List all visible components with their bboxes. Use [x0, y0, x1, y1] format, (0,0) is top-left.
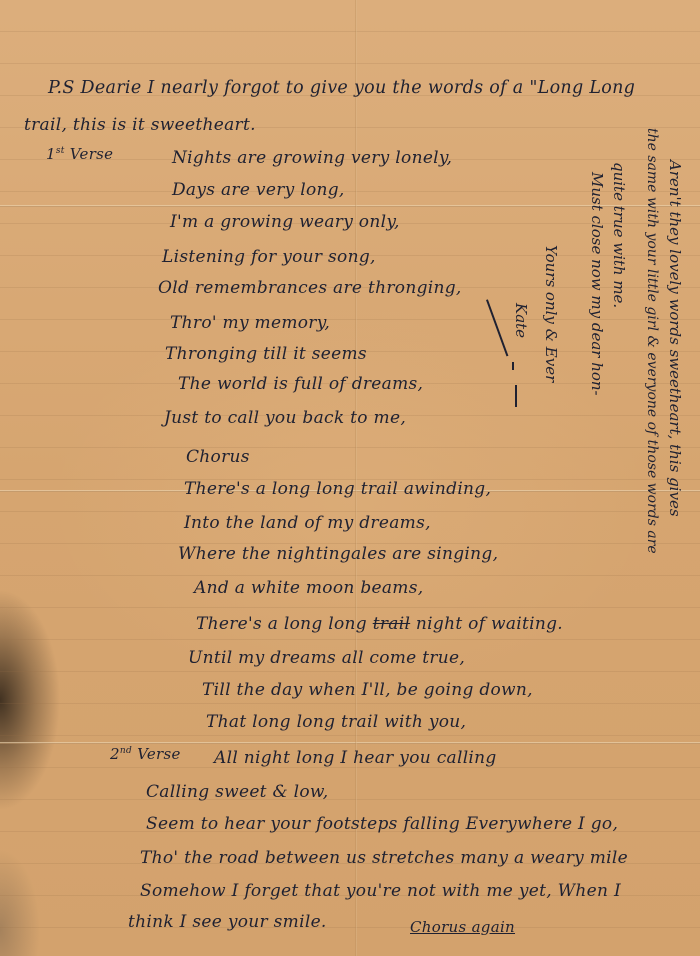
- margin-note-line: Aren't they lovely words sweetheart, thi…: [666, 160, 684, 517]
- margin-note-line: the same with your little girl & everyon…: [644, 128, 660, 554]
- verse1-line: Thronging till it seems: [165, 344, 367, 364]
- verse1-line: Days are very long,: [172, 180, 345, 200]
- signature-flourish: [515, 385, 517, 407]
- fold-crease: [0, 742, 700, 744]
- margin-note-signoff: Yours only & Ever: [542, 245, 560, 382]
- chorus-line-text: night of waiting.: [416, 614, 563, 634]
- verse1-line: Just to call you back to me,: [164, 408, 406, 428]
- margin-note-signature: Kate: [512, 303, 530, 338]
- verse1-line: Thro' my memory,: [170, 313, 330, 333]
- signature-flourish: [486, 299, 508, 356]
- verse1-line: The world is full of dreams,: [178, 374, 423, 394]
- verse1-label-num: 1: [46, 145, 56, 163]
- chorus-line-with-correction: There's a long long trail night of waiti…: [196, 614, 563, 634]
- verse2-label: 2nd Verse: [110, 745, 181, 763]
- verse1-line: Listening for your song,: [162, 247, 376, 267]
- chorus-line: Until my dreams all come true,: [188, 648, 465, 668]
- chorus-line: That long long trail with you,: [206, 712, 466, 732]
- signature-flourish: [512, 362, 514, 370]
- margin-note-line: Must close now my dear hon-: [588, 172, 606, 396]
- fold-crease: [355, 0, 357, 956]
- intro-line-2: trail, this is it sweetheart.: [24, 115, 256, 135]
- verse2-line: Somehow I forget that you're not with me…: [140, 881, 621, 901]
- verse1-line: I'm a growing weary only,: [170, 212, 400, 232]
- verse1-line: Old remembrances are thronging,: [158, 278, 462, 298]
- struck-word: trail: [373, 614, 410, 634]
- chorus-line: Into the land of my dreams,: [184, 513, 431, 533]
- verse2-line: Calling sweet & low,: [146, 782, 328, 802]
- ruled-lines: [0, 0, 700, 956]
- chorus-line: Till the day when I'll, be going down,: [202, 680, 533, 700]
- verse2-line: Tho' the road between us stretches many …: [140, 848, 628, 868]
- chorus-line: And a white moon beams,: [194, 578, 423, 598]
- intro-line-1: P.S Dearie I nearly forgot to give you t…: [48, 78, 635, 98]
- verse1-label-sup: st: [56, 146, 65, 156]
- verse2-line: All night long I hear you calling: [214, 748, 497, 768]
- chorus-again-note: Chorus again: [410, 918, 515, 936]
- chorus-label: Chorus: [186, 447, 250, 467]
- verse2-label-word: Verse: [137, 745, 181, 763]
- verse2-label-sup: nd: [120, 746, 132, 756]
- verse1-label: 1st Verse: [46, 145, 113, 163]
- verse2-label-num: 2: [110, 745, 120, 763]
- chorus-line: There's a long long trail awinding,: [184, 479, 491, 499]
- verse2-line: Seem to hear your footsteps falling Ever…: [146, 814, 618, 834]
- margin-note-line: quite true with me.: [610, 162, 628, 308]
- letter-page: P.S Dearie I nearly forgot to give you t…: [0, 0, 700, 956]
- verse1-label-word: Verse: [70, 145, 114, 163]
- chorus-line: Where the nightingales are singing,: [178, 544, 498, 564]
- chorus-line-text: There's a long long: [196, 614, 367, 634]
- verse2-line: think I see your smile.: [128, 912, 327, 932]
- verse1-line: Nights are growing very lonely,: [172, 148, 452, 168]
